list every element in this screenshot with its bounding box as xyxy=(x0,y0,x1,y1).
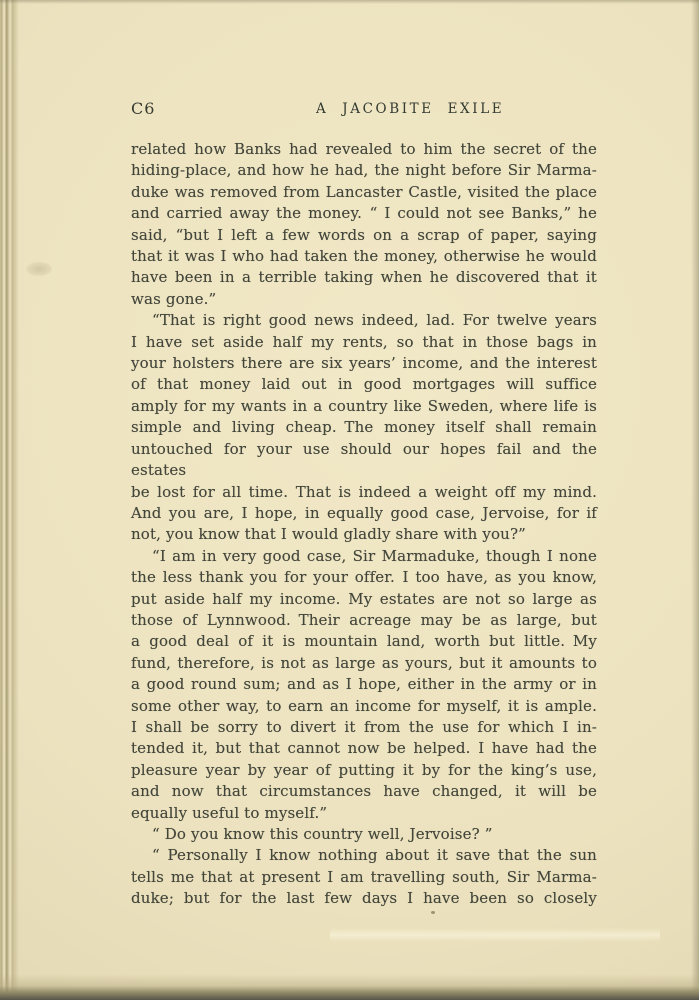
text-line: and carried away the money. “ I could no… xyxy=(131,203,597,224)
text-line: “I am in very good case, Sir Marmaduke, … xyxy=(131,546,597,567)
text-line: hiding-place, and how he had, the night … xyxy=(131,160,597,181)
text-line: “That is right good news indeed, lad. Fo… xyxy=(131,310,597,331)
text-line: some other way, to earn an income for my… xyxy=(131,696,597,717)
text-line: related how Banks had revealed to him th… xyxy=(131,139,597,160)
text-line: said, “but I left a few words on a scrap… xyxy=(131,225,597,246)
text-line: “ Personally I know nothing about it sav… xyxy=(131,845,597,866)
text-line: duke; but for the last few days I have b… xyxy=(131,888,597,909)
page-text: related how Banks had revealed to him th… xyxy=(131,139,597,910)
paper-smudge xyxy=(26,262,52,276)
text-line: of that money laid out in good mortgages… xyxy=(131,374,597,395)
text-line: tended it, but that cannot now be helped… xyxy=(131,738,597,759)
text-line: that it was I who had taken the money, o… xyxy=(131,246,597,267)
text-line: your holsters there are six years’ incom… xyxy=(131,353,597,374)
text-line: not, you know that I would gladly share … xyxy=(131,524,597,545)
text-line: simple and living cheap. The money itsel… xyxy=(131,417,597,438)
text-line: “ Do you know this country well, Jervois… xyxy=(131,824,597,845)
book-page: C6 A JACOBITE EXILE related how Banks ha… xyxy=(0,0,699,1000)
text-line: put aside half my income. My estates are… xyxy=(131,589,597,610)
text-line: duke was removed from Lancaster Castle, … xyxy=(131,182,597,203)
text-line: I shall be sorry to divert it from the u… xyxy=(131,717,597,738)
paper-speck xyxy=(431,911,435,914)
page-top-shadow xyxy=(0,0,699,4)
text-line: pleasure year by year of putting it by f… xyxy=(131,760,597,781)
text-line: And you are, I hope, in equally good cas… xyxy=(131,503,597,524)
text-line: equally useful to myself.” xyxy=(131,803,597,824)
text-line: a good deal of it is mountain land, wort… xyxy=(131,631,597,652)
page-right-shadow xyxy=(691,0,699,1000)
text-line: I have set aside half my rents, so that … xyxy=(131,332,597,353)
text-line: those of Lynnwood. Their acreage may be … xyxy=(131,610,597,631)
page-header: C6 A JACOBITE EXILE xyxy=(0,99,699,121)
text-line: amply for my wants in a country like Swe… xyxy=(131,396,597,417)
text-line: be lost for all time. That is indeed a w… xyxy=(131,482,597,503)
page-bottom-shadow xyxy=(0,974,699,1000)
text-line: untouched for your use should our hopes … xyxy=(131,439,597,482)
running-title: A JACOBITE EXILE xyxy=(316,101,504,117)
paper-streak xyxy=(330,928,660,942)
text-line: and now that circumstances have changed,… xyxy=(131,781,597,802)
book-left-edge-lines xyxy=(0,0,19,1000)
text-line: tells me that at present I am travelling… xyxy=(131,867,597,888)
text-line: was gone.” xyxy=(131,289,597,310)
text-line: a good round sum; and as I hope, either … xyxy=(131,674,597,695)
text-line: fund, therefore, is not as large as your… xyxy=(131,653,597,674)
text-line: the less thank you for your offer. I too… xyxy=(131,567,597,588)
text-line: have been in a terrible taking when he d… xyxy=(131,267,597,288)
page-number: C6 xyxy=(131,99,155,118)
